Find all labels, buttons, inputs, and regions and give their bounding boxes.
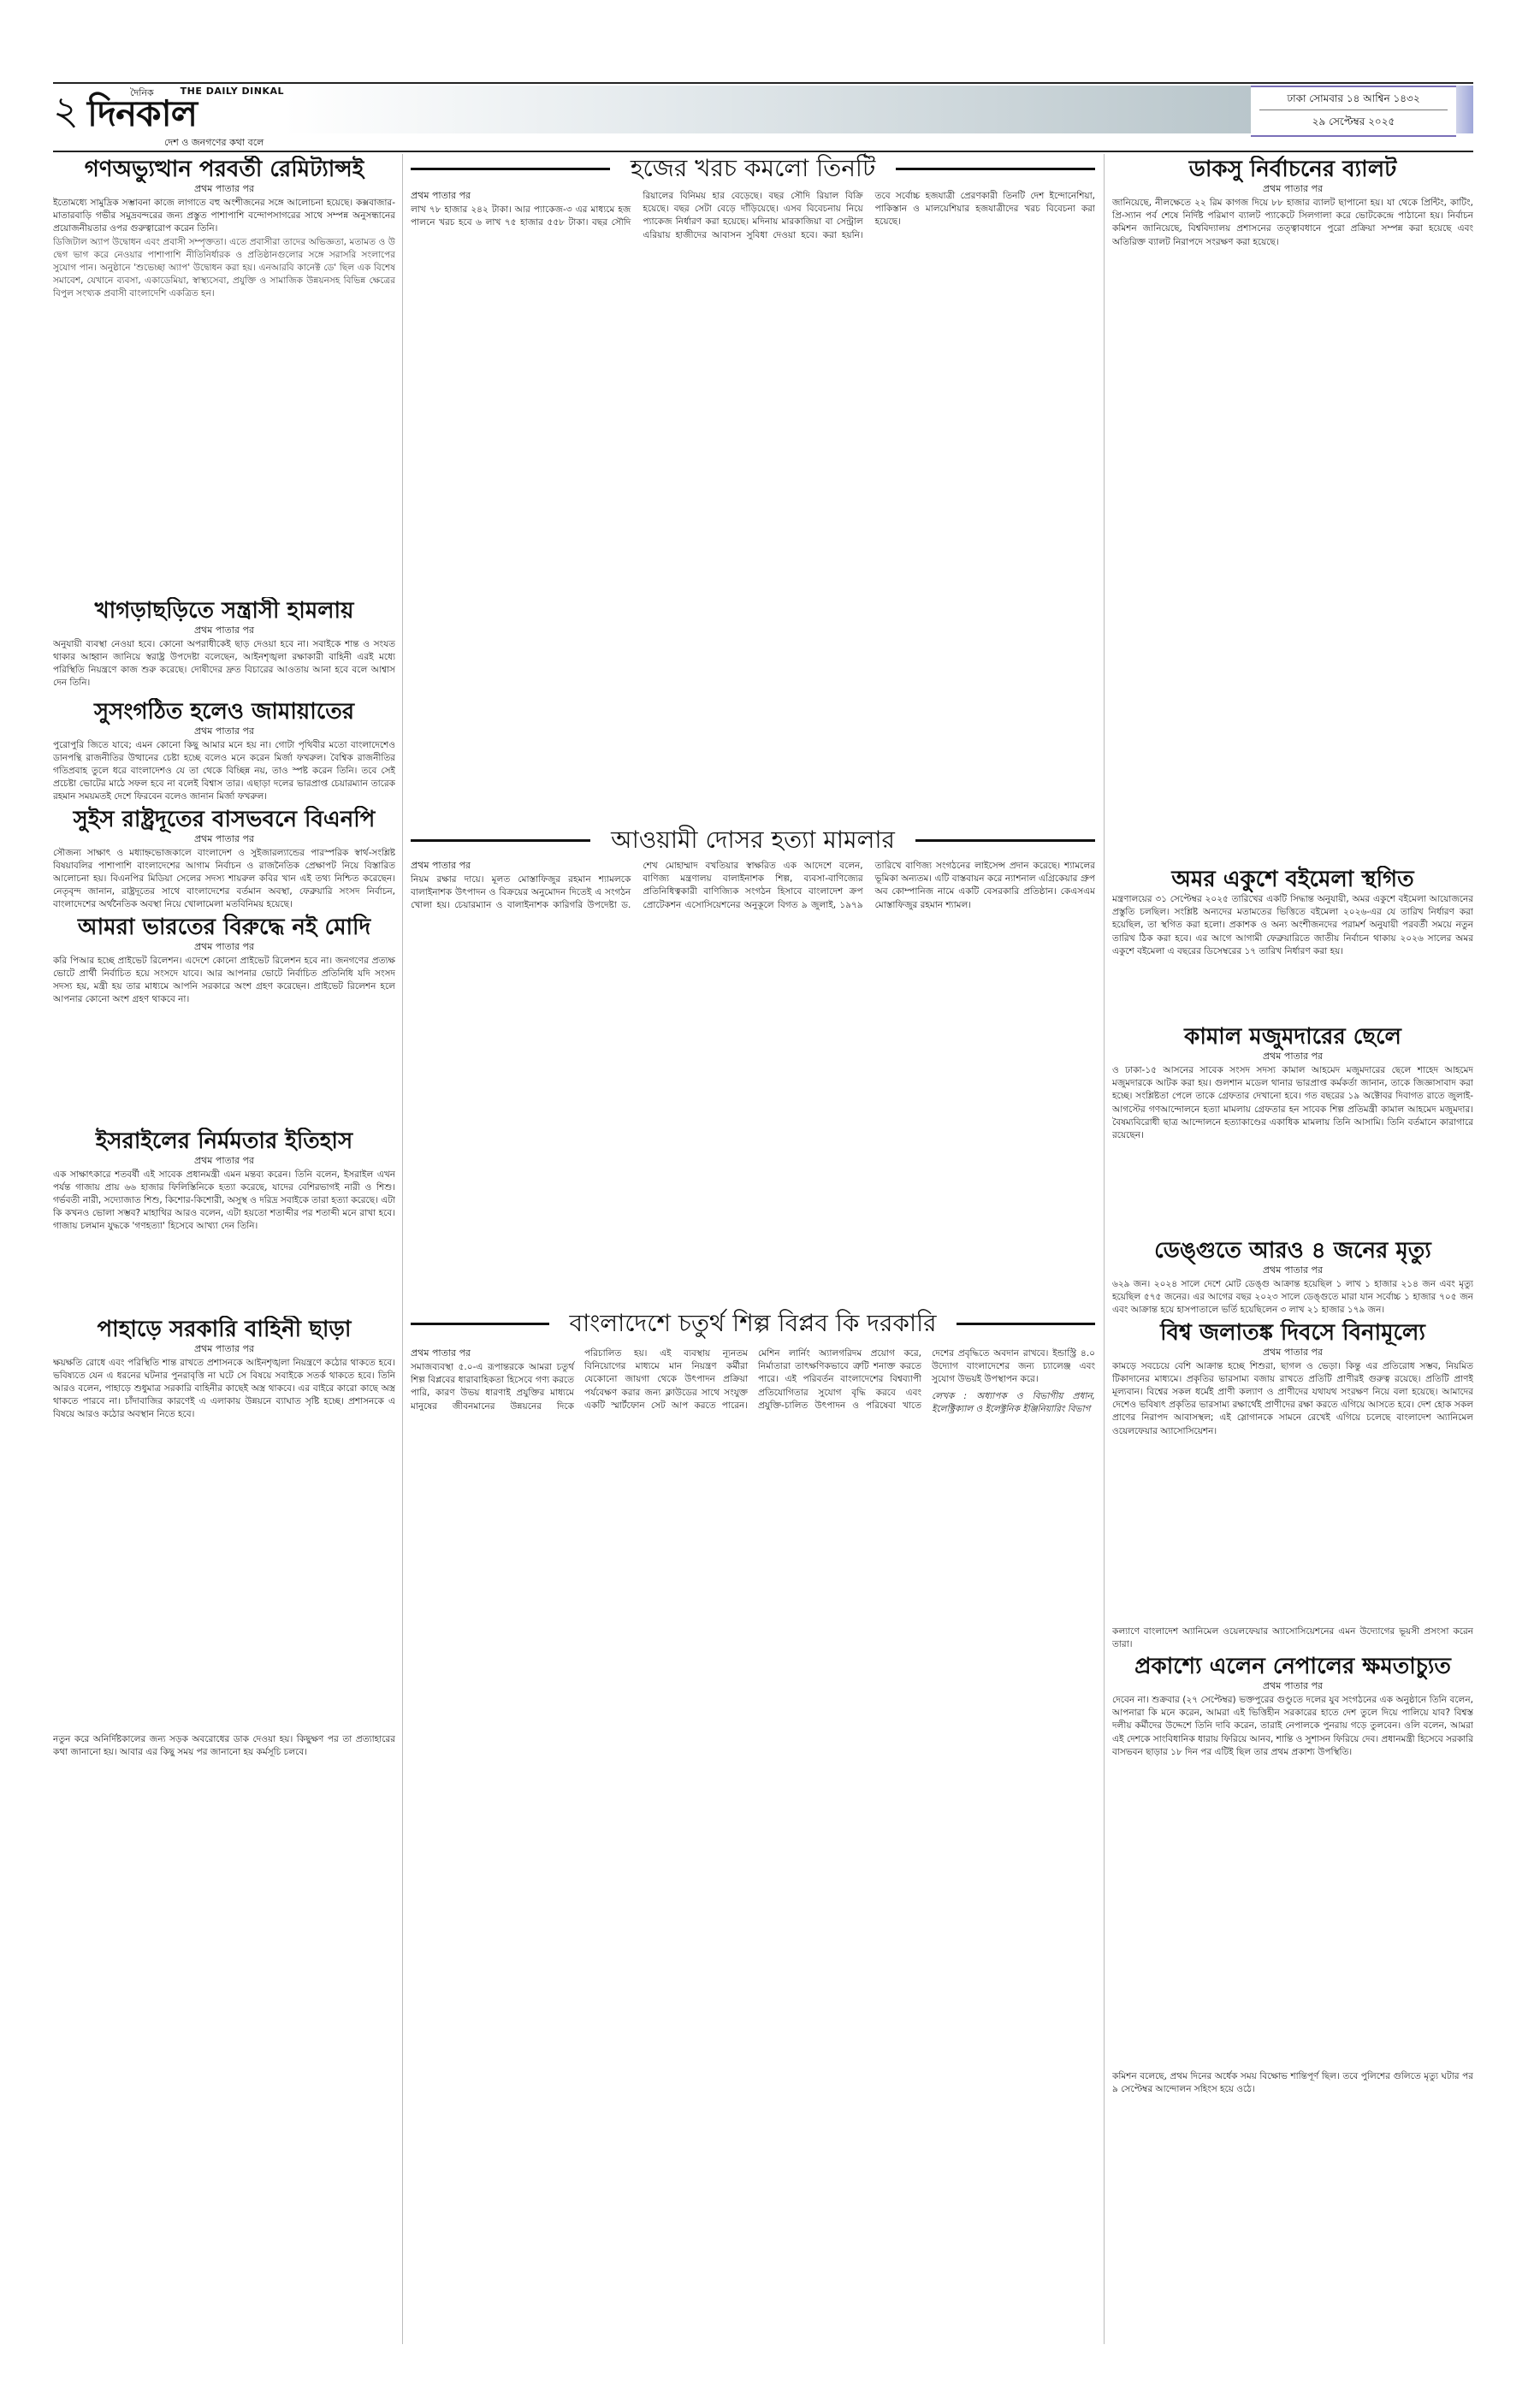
article-jamaat: সুসংগঠিত হলেও জামায়াতের প্রথম পাতার পর … [53,698,395,804]
article-body: অনুযায়ী ব্যবস্থা নেওয়া হবে। কোনো অপরাধ… [53,638,395,696]
headline[interactable]: পাহাড়ে সরকারি বাহিনী ছাড়া [53,1316,395,1343]
banner-rule [896,168,1095,170]
article-industrial: প্রথম পাতার পর সমাজব্যবস্থা ৫.০-এ রূপান্… [411,1347,1095,2365]
jump-label: প্রথম পাতার পর [53,1155,395,1167]
article-body: কামড়ে সবচেয়ে বেশি আক্রান্ত হচ্ছে শিশুর… [1112,1360,1473,1625]
article-dengue: ডেঙ্গুতে আরও ৪ জনের মৃত্যু প্রথম পাতার প… [1112,1237,1473,1317]
article-body: ৬২৯ জন। ২০২৪ সালে দেশে মোট ডেঙ্গু আক্রান… [1112,1278,1473,1317]
headline[interactable]: ইসরাইলের নির্মমতার ইতিহাস [53,1128,395,1155]
tagline: দেশ ও জনগণের কথা বলে [164,135,264,151]
jump-label: প্রথম পাতার পর [53,833,395,845]
jump-label: প্রথম পাতার পর [411,190,631,202]
industrial-banner: বাংলাদেশে চতুর্থ শিল্প বিপ্লব কি দরকারি [411,1309,1095,1338]
article-hajj: প্রথম পাতার পর লাখ ৭৮ হাজার ২৪২ টাকা। আর… [411,190,1095,823]
hajj-banner: হজের খরচ কমলো তিনটি [411,154,1095,183]
date-gregorian: ২৯ সেপ্টেম্বর ২০২৫ [1251,110,1456,133]
headline[interactable]: অমর একুশে বইমেলা স্থগিত [1112,866,1473,893]
jump-label: প্রথম পাতার পর [411,1347,574,1359]
article-body: সৌজন্য সাক্ষাৎ ও মধ্যাহ্নভোজকালে বাংলাদে… [53,847,395,912]
jump-label: প্রথম পাতার পর [1112,1680,1473,1692]
article-ducsu: ডাকসু নির্বাচনের ব্যালট প্রথম পাতার পর জ… [1112,156,1473,864]
article-nepal: প্রকাশ্যে এলেন নেপালের ক্ষমতাচ্যুত প্রথম… [1112,1653,1473,2096]
article-hill: পাহাড়ে সরকারি বাহিনী ছাড়া প্রথম পাতার … [53,1316,395,1759]
logo-main-text: দিনকাল [87,94,197,133]
header-rule [53,151,1473,152]
date-bengali: ঢাকা সোমবার ১৪ আশ্বিন ১৪৩২ [1259,87,1448,110]
article-body: জানিয়েছে, নীলক্ষেতে ২২ রিম কাগজ দিয়ে ৮… [1112,197,1473,864]
article-body: ক্ষয়ক্ষতি রোধে এবং পরিস্থিতি শান্ত রাখত… [53,1357,395,1733]
jump-label: প্রথম পাতার পর [1112,1051,1473,1063]
column-divider [402,154,403,2344]
article-israel: ইসরাইলের নির্মমতার ইতিহাস প্রথম পাতার পর… [53,1128,395,1314]
article-remittance: গণঅভ্যুত্থান পরবর্তী রেমিট্যান্সই প্রথম … [53,156,395,595]
headline[interactable]: বাংলাদেশে চতুর্থ শিল্প বিপ্লব কি দরকারি [549,1309,957,1338]
awami-banner: আওয়ামী দোসর হত্যা মামলার [411,826,1095,855]
headline[interactable]: খাগড়াছড়িতে সন্ত্রাসী হামলায় [53,597,395,625]
banner-rule [411,168,610,170]
article-body: ইতোমধ্যে সামুদ্রিক সম্ভাবনা কাজে লাগাতে … [53,197,395,236]
jump-label: প্রথম পাতার পর [53,725,395,737]
article-body: দেবেন না। শুক্রবার (২৭ সেপ্টেম্বর) ভক্তপ… [1112,1694,1473,2070]
right-column: ডাকসু নির্বাচনের ব্যালট প্রথম পাতার পর জ… [1112,154,1473,2378]
article-body-continued: ডিজিটাল অ্যাপ উদ্বোধন এবং প্রবাসী সম্পৃক… [53,236,395,595]
article-body: ও ঢাকা-১৫ আসনের সাবেক সংসদ সদস্য কামাল আ… [1112,1064,1473,1235]
top-rule [53,82,1473,84]
jump-label: প্রথম পাতার পর [1112,1264,1473,1276]
article-modi: আমরা ভারতের বিরুদ্ধে নই মোদি প্রথম পাতার… [53,914,395,1126]
article-swiss-ambassador: সুইস রাষ্ট্রদূতের বাসভবনে বিএনপি প্রথম প… [53,806,395,912]
article-kamal: কামাল মজুমদারের ছেলে প্রথম পাতার পর ও ঢা… [1112,1023,1473,1235]
article-body: করি পিআর হচ্ছে প্রাইভেট রিলেশন। এদেশে কো… [53,955,395,1126]
jump-label: প্রথম পাতার পর [1112,183,1473,195]
headline[interactable]: কামাল মজুমদারের ছেলে [1112,1023,1473,1051]
jump-label: প্রথম পাতার পর [411,860,631,872]
jump-label: প্রথম পাতার পর [53,941,395,953]
jump-label: প্রথম পাতার পর [1112,1347,1473,1359]
left-column: গণঅভ্যুত্থান পরবর্তী রেমিট্যান্সই প্রথম … [53,154,395,2378]
article-boimela: অমর একুশে বইমেলা স্থগিত মন্ত্রণালয়ের ৩১… [1112,866,1473,1021]
banner-rule [411,1323,549,1325]
banner-rule [957,1323,1095,1325]
headline[interactable]: বিশ্ব জলাতঙ্ক দিবসে বিনামূল্যে [1112,1319,1473,1347]
headline[interactable]: হজের খরচ কমলো তিনটি [610,154,896,183]
article-body: এক সাক্ষাৎকারে শতবর্ষী এই সাবেক প্রধানমন… [53,1169,395,1314]
headline[interactable]: আমরা ভারতের বিরুদ্ধে নই মোদি [53,914,395,941]
author-footnote: লেখক : অধ্যাপক ও বিভাগীয় প্রধান, ইলেক্ট… [932,1390,1095,1416]
page-number: ২ [53,89,87,132]
column-divider [1104,154,1105,2344]
masthead: ২ দৈনিক THE DAILY DINKAL দিনকাল দেশ ও জন… [53,86,1473,137]
jump-label: প্রথম পাতার পর [53,1343,395,1355]
jump-label: প্রথম পাতার পর [53,625,395,636]
article-ending: নতুন করে অনির্দিষ্টকালের জন্য সড়ক অবরোধ… [53,1733,395,1759]
date-box: ঢাকা সোমবার ১৪ আশ্বিন ১৪৩২ ২৯ সেপ্টেম্বর… [1251,86,1456,137]
article-ending: কল্যাণে বাংলাদেশ অ্যানিমেল ওয়েলফেয়ার অ… [1112,1625,1473,1651]
masthead-band-tail [1456,86,1473,133]
headline[interactable]: সুইস রাষ্ট্রদূতের বাসভবনে বিএনপি [53,806,395,833]
headline[interactable]: ডাকসু নির্বাচনের ব্যালট [1112,156,1473,183]
headline[interactable]: গণঅভ্যুত্থান পরবর্তী রেমিট্যান্সই [53,156,395,183]
article-khagrachari: খাগড়াছড়িতে সন্ত্রাসী হামলায় প্রথম পাত… [53,597,395,696]
masthead-band [284,86,1251,133]
headline[interactable]: সুসংগঠিত হলেও জামায়াতের [53,698,395,725]
article-rabies: বিশ্ব জলাতঙ্ক দিবসে বিনামূল্যে প্রথম পাত… [1112,1319,1473,1651]
article-ending: কমিশন বলেছে, প্রথম দিনের অর্ধেক সময় বিক… [1112,2070,1473,2096]
article-body: মন্ত্রণালয়ের ৩১ সেপ্টেম্বর ২০২৫ তারিখের… [1112,893,1473,1021]
headline[interactable]: আওয়ামী দোসর হত্যা মামলার [590,826,915,855]
article-awami: প্রথম পাতার পর নিয়ম রক্ষার দায়ে। মূলত … [411,860,1095,1305]
headline[interactable]: প্রকাশ্যে এলেন নেপালের ক্ষমতাচ্যুত [1112,1653,1473,1680]
banner-rule [915,839,1095,842]
headline[interactable]: ডেঙ্গুতে আরও ৪ জনের মৃত্যু [1112,1237,1473,1264]
article-body: পুরোপুরি জিতে যাবে; এমন কোনো কিছু আমার ম… [53,739,395,804]
banner-rule [411,839,590,842]
jump-label: প্রথম পাতার পর [53,183,395,195]
